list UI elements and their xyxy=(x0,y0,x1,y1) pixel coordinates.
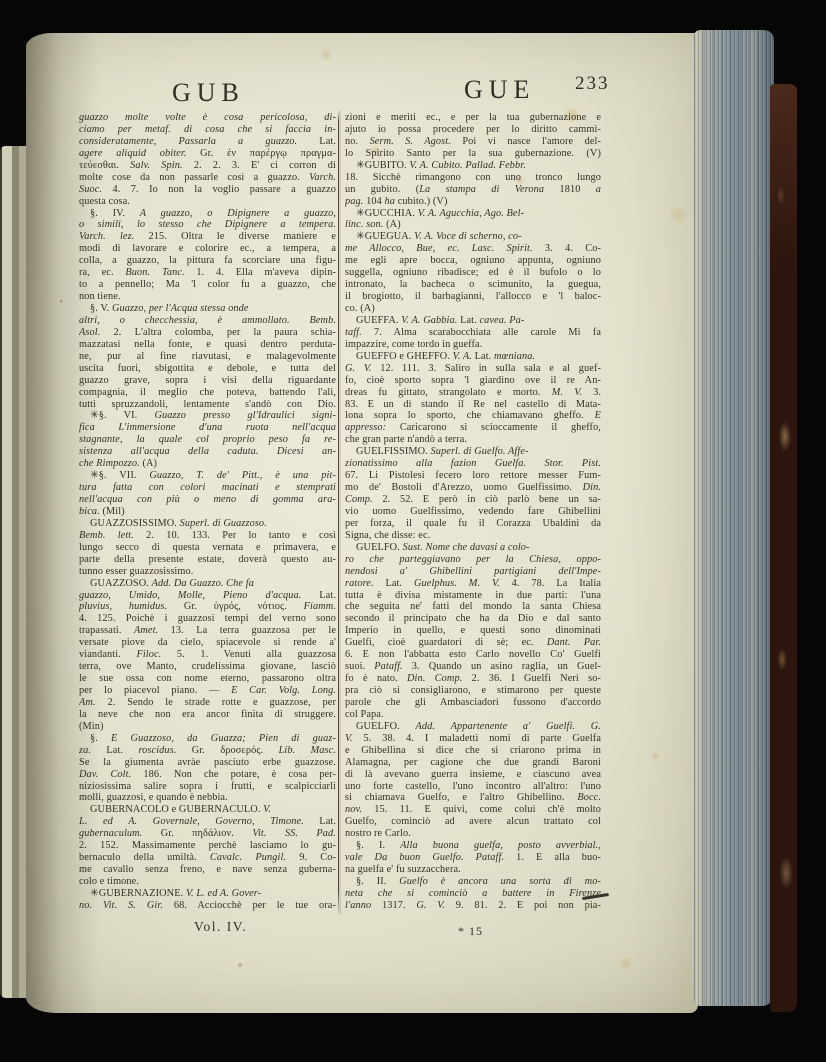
text-line: parole che gli Ambasciadori fussono d'ac… xyxy=(345,697,601,709)
text-line: Imperio in quello, e questi sono dinomin… xyxy=(345,625,601,637)
text-line: la neve che non era ancor finita di stru… xyxy=(79,709,336,721)
text-line: mazzatasi nella fonte, e quasi dentro pe… xyxy=(79,339,336,351)
text-line: e Ghibellina si dice che si criarono pri… xyxy=(345,745,601,757)
text-line: no. Vit. S. Gir. 68. Acciocchè per le tu… xyxy=(79,900,336,912)
text-line: mo de' Bostoli d'Arezzo, uomo Guelfissim… xyxy=(345,482,601,494)
text-line: compagnia, il meglio che poteva, battend… xyxy=(79,387,336,399)
text-line: nostro re Carlo. xyxy=(345,828,601,840)
left-column-text: guazzo molte volte è cosa pericolosa, di… xyxy=(79,112,336,912)
text-line: 4. 125. Poichè i guazzosi tempi del vern… xyxy=(79,613,336,625)
text-line: to a pennello; Ma 'l color fu a guazzo, … xyxy=(79,279,336,291)
text-line: le sue ossa con nome eterno, passarono o… xyxy=(79,673,336,685)
text-line: ✳§. VI. Guazzo presso gl'Idraulici signi… xyxy=(79,410,336,422)
photo-background: GUB GUE 233 guazzo molte volte è cosa pe… xyxy=(0,0,826,1062)
text-line: §. II. Guelfo è ancora una sorta di mo- xyxy=(345,876,601,888)
text-line: Se la giumenta avràe pasciuto erbe guazz… xyxy=(79,757,336,769)
text-line: lona sopra lo sporto, che chiamavano ghe… xyxy=(345,410,601,422)
text-line: 18. Sicchè rimangono con uno tronco lung… xyxy=(345,172,601,184)
text-line: G. V. 12. 111. 3. Saliro in sulla sala e… xyxy=(345,363,601,375)
text-line: Dav. Colt. 186. Non che potare, è cosa p… xyxy=(79,769,336,781)
text-line: lo Spirito Santo per la sua gubernazione… xyxy=(345,148,601,160)
text-line: τεύεσθαι. Salv. Spin. 2. 2. 3. E' ci cor… xyxy=(79,160,336,172)
text-line: nell'acqua con più o meno di gomma ara- xyxy=(79,494,336,506)
text-line: Alamagna, per cagione che due grandi Bar… xyxy=(345,757,601,769)
text-line: o simili, lo stesso che Dipignere a temp… xyxy=(79,219,336,231)
text-line: lungo secco di questa vernata e primaver… xyxy=(79,542,336,554)
text-line: Signa, che disse: ec. xyxy=(345,530,601,542)
text-line: tunno esser guazzosissimo. xyxy=(79,566,336,578)
text-line: si chiamava Guelfo, e l'altro Ghibellino… xyxy=(345,792,601,804)
text-line: colla, a guazzo, la pittura fa scorciare… xyxy=(79,255,336,267)
text-line: gubernaculum. Gr. πηδάλιον. Vit. SS. Pad… xyxy=(79,828,336,840)
book-page: GUB GUE 233 guazzo molte volte è cosa pe… xyxy=(26,33,698,1013)
text-line: §. IV. A guazzo, o Dipignere a guazzo, xyxy=(79,208,336,220)
book-fore-edge xyxy=(694,30,774,1006)
text-line: per lo piacevol piano. — E Car. Volg. Lo… xyxy=(79,685,336,697)
text-line: zionatissimo alla fazion Guelfa. Stor. P… xyxy=(345,458,601,470)
text-line: GUEFFO e GHEFFO. V. A. Lat. mœniana. xyxy=(345,351,601,363)
text-line: GUAZZOSISSIMO. Superl. di Guazzoso. xyxy=(79,518,336,530)
text-line: vio uomo Guelfissimo, vedendo fare Ghibe… xyxy=(345,506,601,518)
text-line: 2. 152. Massimamente perchè lasciamo lo … xyxy=(79,840,336,852)
text-line: ajuto io possa procedere per lo diritto … xyxy=(345,124,601,136)
text-line: §. V. Guazzo, per l'Acqua stessa onde xyxy=(79,303,336,315)
text-line: terra, ove Manto, crudelissima giovane, … xyxy=(79,661,336,673)
text-line: tutta è divisa mistamente in due parti: … xyxy=(345,590,601,602)
text-line: uno forte castello, l'uno incontro all'a… xyxy=(345,781,601,793)
text-line: ✳GUBITO. V. A. Cubito. Pallad. Febbr. xyxy=(345,160,601,172)
text-line: Comp. 2. 52. E però in ciò parlò bene un… xyxy=(345,494,601,506)
text-line: ✳GUBERNAZIONE. V. L. ed A. Gover- xyxy=(79,888,336,900)
text-line: nendosi a' Ghibellini partigiani dell'Im… xyxy=(345,566,601,578)
text-line: (Min) xyxy=(79,721,336,733)
text-line: viandanti. Filoc. 5. 1. Venuti alla guaz… xyxy=(79,649,336,661)
text-line: 67. Li Pistolesi fecero loro rettore mes… xyxy=(345,470,601,482)
text-line: molte cose da non passarle così a guazzo… xyxy=(79,172,336,184)
text-line: ✳GUEGUA. V. A. Voce di scherno, co- xyxy=(345,231,601,243)
text-line: suggella, ogniuno ribadisce; ed è il buf… xyxy=(345,267,601,279)
text-line: consideratamente, Passarla a guazzo. Lat… xyxy=(79,136,336,148)
text-line: trapassati. Amet. 13. La terra guazzosa … xyxy=(79,625,336,637)
text-line: GUELFISSIMO. Superl. di Guelfo. Affe- xyxy=(345,446,601,458)
text-line: ro che parteggiavano per la Chiesa, oppo… xyxy=(345,554,601,566)
text-line: versate piove da cielo, spiacevole si re… xyxy=(79,637,336,649)
text-line: appresso: Caricarono sì scioccamente il … xyxy=(345,422,601,434)
text-line: fica L'immersione d'una ruota nell'acqua xyxy=(79,422,336,434)
text-line: neta che si cominciò a battere in Firenz… xyxy=(345,888,601,900)
text-line: ciamo per metaf. di cosa che si faccia i… xyxy=(79,124,336,136)
text-line: no. Serm. S. Agost. Poi vi nasce l'amore… xyxy=(345,136,601,148)
text-line: uscita fuori, sbigottita e debole, e tut… xyxy=(79,363,336,375)
text-line: intronato, la bacheca o scimunito, la gu… xyxy=(345,279,601,291)
running-head-right: GUE xyxy=(464,75,535,105)
text-line: ✳GUCCHIA. V. A. Agucchia, Ago. Bel- xyxy=(345,208,601,220)
text-line: za. Lat. roscidus. Gr. δροσερός. Lib. Ma… xyxy=(79,745,336,757)
text-line: ra, ec. Buon. Tanc. 1. 4. Ella m'aveva d… xyxy=(79,267,336,279)
text-line: linc. son. (A) xyxy=(345,219,601,231)
book-cover-edge xyxy=(770,84,797,1012)
page-number: 233 xyxy=(575,73,610,95)
text-line: un gubito. (La stampa di Verona 1810 a xyxy=(345,184,601,196)
text-line: bernaculo della umiltà. Cavalc. Pungil. … xyxy=(79,852,336,864)
text-line: Guelfo, cominciò ad avere alcun trattato… xyxy=(345,816,601,828)
text-line: §. I. Alla buona guelfa, posto avverbial… xyxy=(345,840,601,852)
text-line: colo e timone. xyxy=(79,876,336,888)
text-line: di là avevano guerra insieme, e ciascuno… xyxy=(345,769,601,781)
text-line: altri, o checchessia, è ammollato. Bemb. xyxy=(79,315,336,327)
text-line: impazzire, come tordo in gueffa. xyxy=(345,339,601,351)
text-line: V. 5. 38. 4. I maladetti nomi di parte G… xyxy=(345,733,601,745)
text-line: fo è nato. Din. Comp. 2. 36. I Guelfi Ne… xyxy=(345,673,601,685)
text-line: guazzo, Umido, Molle, Pieno d'acqua. Lat… xyxy=(79,590,336,602)
text-line: guazzo molte volte è cosa pericolosa, di… xyxy=(79,112,336,124)
text-line: GUELFO. Add. Appartenente a' Guelfi. G. xyxy=(345,721,601,733)
text-line: che Rimpozzo. (A) xyxy=(79,458,336,470)
text-line: secondo il principato che ha da Dio e da… xyxy=(345,613,601,625)
text-line: ne, pur al fine riavutasi, e malagevolme… xyxy=(79,351,336,363)
text-line: che gran parte n'andò a terra. xyxy=(345,434,601,446)
text-line: guazzo grave, sopra i visi della riguard… xyxy=(79,375,336,387)
text-line: GUBERNACOLO e GUBERNACULO. V. xyxy=(79,804,336,816)
text-line: 83. E un dì stando il Re nel castello di… xyxy=(345,399,601,411)
text-line: Guelfi, cioè guardatori di sè; ec. Dant.… xyxy=(345,637,601,649)
text-line: non tiene. xyxy=(79,291,336,303)
text-line: 6. E non l'abbatta esto Carlo novello Co… xyxy=(345,649,601,661)
text-line: ✳§. VII. Guazzo, T. de' Pitt., è una pit… xyxy=(79,470,336,482)
text-line: taff. 7. Alma scarabocchiata alle carole… xyxy=(345,327,601,339)
right-column-text: zioni e meriti ec., e per la tua guberna… xyxy=(345,112,601,912)
text-line: l'anno 1317. G. V. 9. 81. 2. E poi non p… xyxy=(345,900,601,912)
text-line: zioni e meriti ec., e per la tua guberna… xyxy=(345,112,601,124)
text-line: parte della presente estate, doverà ques… xyxy=(79,554,336,566)
text-line: pluvius, humidus. Gr. ὑγρός, νότιος. Fia… xyxy=(79,601,336,613)
text-line: Varch. lez. 215. Oltra le diverse manier… xyxy=(79,231,336,243)
text-line: GUEFFA. V. A. Gabbia. Lat. cavea. Pa- xyxy=(345,315,601,327)
text-line: Am. 2. Sendo le strade rotte e guazzose,… xyxy=(79,697,336,709)
text-line: fo, cioè sporto sopra 'l giardino ove il… xyxy=(345,375,601,387)
text-line: il brogiotto, il barbagianni, l'allocco … xyxy=(345,291,601,303)
text-line: niziosissima salire sopra i frutti, e sc… xyxy=(79,781,336,793)
text-line: vale Da buon Guelfo. Pataff. 1. E alla b… xyxy=(345,852,601,864)
text-line: Suoc. 4. 7. Io non la voglio passare a g… xyxy=(79,184,336,196)
column-divider xyxy=(338,111,339,915)
text-line: me cavallo senza freno, e nave senza gub… xyxy=(79,864,336,876)
text-line: modi di lavorare e colorire ec., a tempe… xyxy=(79,243,336,255)
text-line: §. E Guazzoso, da Guazza; Pien di guaz- xyxy=(79,733,336,745)
text-line: Asol. 2. L'altra colomba, per la paura s… xyxy=(79,327,336,339)
text-line: che seguita ne' fatti del mondo la santa… xyxy=(345,601,601,613)
text-line: molli, guazzosi, e quando è nebbia. xyxy=(79,792,336,804)
text-line: co. (A) xyxy=(345,303,601,315)
text-line: tutti spruzzandoli, lentamente s'andò co… xyxy=(79,399,336,411)
text-line: agere aliquid obiter. Gr. ἐν παρέργῳ πρα… xyxy=(79,148,336,160)
running-head-left: GUB xyxy=(172,78,245,108)
text-line: L. ed A. Governale, Governo, Timone. Lat… xyxy=(79,816,336,828)
text-line: pag. 104 ha cubito.) (V) xyxy=(345,196,601,208)
sheet-signature: * 15 xyxy=(458,924,483,939)
text-line: sistenza all'acqua della caduta. Dicesi … xyxy=(79,446,336,458)
text-line: bica. (Mil) xyxy=(79,506,336,518)
text-line: nov. 15. 11. E quivi, come colui ch'è mo… xyxy=(345,804,601,816)
text-line: pra ciò si consigliarono, e stimarono pe… xyxy=(345,685,601,697)
text-line: stagnante, la quale col proprio peso fa … xyxy=(79,434,336,446)
text-line: suoi. Pataff. 3. Quando un asino raglia,… xyxy=(345,661,601,673)
text-line: Bemb. lett. 2. 10. 133. Per lo tanto e c… xyxy=(79,530,336,542)
text-line: GUELFO. Sust. Nome che davasi a colo- xyxy=(345,542,601,554)
text-line: na guelfa e' fu suzzacchera. xyxy=(345,864,601,876)
text-line: tura fatta con colori macinati e stempra… xyxy=(79,482,336,494)
volume-signature: Vol. IV. xyxy=(194,919,247,935)
text-line: me egli apre bocca, ogniuno appunta, ogn… xyxy=(345,255,601,267)
text-line: per forza, il quale fu il Corazza Ubaldi… xyxy=(345,518,601,530)
text-line: ratore. Lat. Guelphus. M. V. 4. 78. La I… xyxy=(345,578,601,590)
text-line: col Papa. xyxy=(345,709,601,721)
text-line: dreas fu gittato, strangolato e morto. M… xyxy=(345,387,601,399)
text-line: me Allocco, Bue, ec. Lasc. Spirit. 3. 4.… xyxy=(345,243,601,255)
text-line: questa cosa. xyxy=(79,196,336,208)
text-line: GUAZZOSO. Add. Da Guazzo. Che fa xyxy=(79,578,336,590)
